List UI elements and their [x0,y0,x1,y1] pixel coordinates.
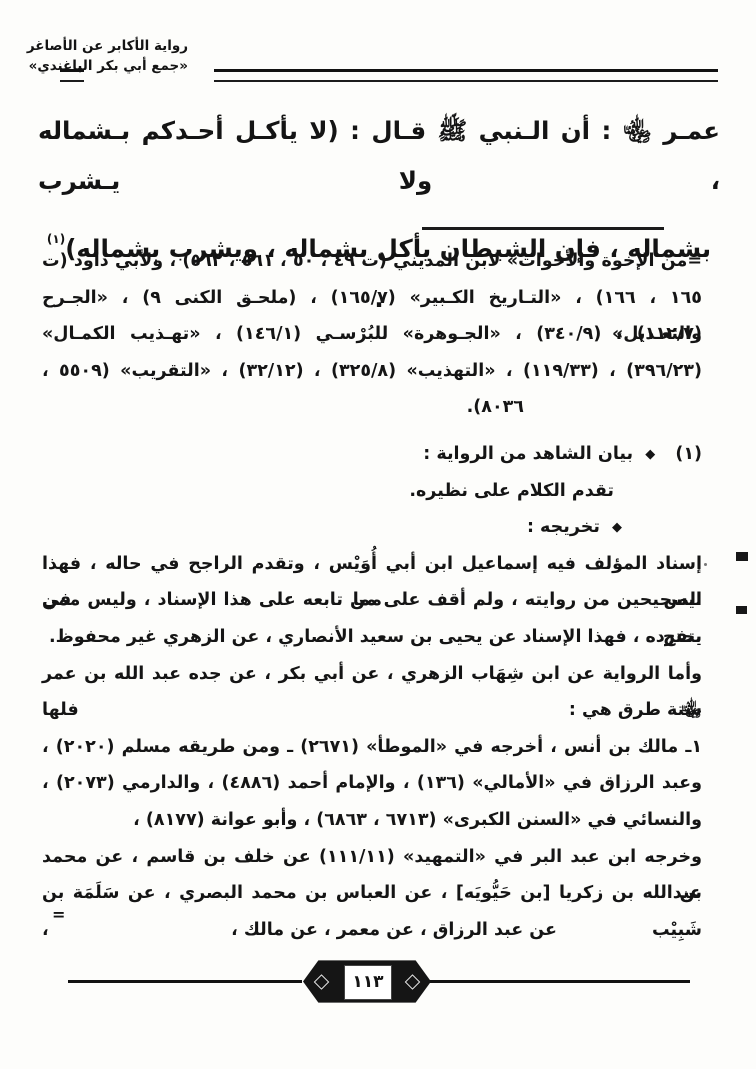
scan-artifact [736,552,748,561]
book-subtitle: «جمع أبي بكر الباغندي» [76,56,188,76]
scan-artifact [736,606,747,614]
footnote-line: إسناد المؤلف فيه إسماعيل ابن أبي أُوَيْس… [42,546,702,583]
footnote-line: ١٦٥ ، ١٦٦) ، «التـاريخ الكـبير» (١٦٥/٧) … [42,280,702,317]
matn-line: عمـر ﵄ : أن الـنبي ﷺ قـال : (لا يأكـل أح… [38,106,720,206]
book-title: رواية الأكابر عن الأصاغر [76,36,188,56]
footnote-line: تقدم الكلام على نظيره. [42,473,702,510]
footnote-number: (١) [675,444,702,464]
footnote-line: والنسائي في «السنن الكبرى» (٦٧١٣ ، ٦٨٦٣)… [42,802,702,839]
footnote-line: (٣٩٦/٢٣) ، (١١٩/٣٣) ، «التهذيب» (٣٢٥/٨) … [42,353,702,390]
footnote-line: وعبد الرزاق في «الأمالي» (١٣٦) ، والإمام… [42,765,702,802]
heading-shahid: بيان الشاهد من الرواية : [423,444,633,464]
scan-artifact [704,563,707,566]
continuation-mark: = [52,905,65,924]
footnote-heading: (١) ◆ بيان الشاهد من الرواية : [42,436,702,473]
footnote-line: عبدالله بن زكريا [بن حَيُّويَه] ، عن الع… [42,875,702,912]
footnote-heading: ◆ تخريجه : [42,509,702,546]
header-edge-dash [60,69,84,82]
footnote-line: الصحيحين من روايته ، ولم أقف على من تابع… [42,582,702,619]
footer-rule-left [68,980,302,983]
footnote-line: ٨٠٣٦). [42,389,702,426]
page-footer: ١١٣ [0,958,756,1010]
footnote-line: وخرجه ابن عبد البر في «التمهيد» (١١١/١١)… [42,839,702,876]
footnote-line: وأما الرواية عن ابن شِهَاب الزهري ، عن أ… [42,656,702,693]
footnote-line: =من الإخوة والأخوات» لابن المديني (ت ٤٩ … [42,243,702,280]
running-head: رواية الأكابر عن الأصاغر «جمع أبي بكر ال… [76,36,188,76]
footnote-separator [422,227,664,230]
footnote-column: =من الإخوة والأخوات» لابن المديني (ت ٤٩ … [42,243,702,948]
footer-rule-right [430,980,690,983]
footnote-line: بتفرده ، فهذا الإسناد عن يحيى بن سعيد ال… [42,619,702,656]
header-rule [214,69,718,82]
diamond-bullet-icon: ◆ [612,520,622,535]
diamond-bullet-icon: ◆ [645,447,655,462]
heading-takhrij: تخريجه : [527,517,600,537]
book-page: رواية الأكابر عن الأصاغر «جمع أبي بكر ال… [0,0,756,1069]
footnote-line: ١ـ مالك بن أنس ، أخرجه في «الموطأ» (٢٦٧١… [42,729,702,766]
page-number: ١١٣ [344,965,392,1000]
footnote-line: (١١٢/٧) ، (٣٤٠/٩) ، «الجـوهرة» للبُرْسـي… [42,316,702,353]
